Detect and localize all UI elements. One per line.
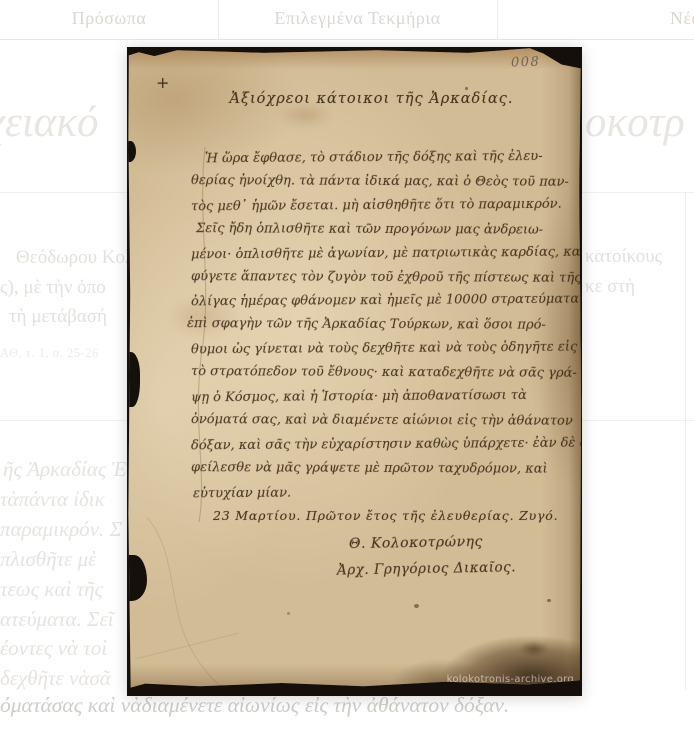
ink-speck xyxy=(465,87,468,90)
cross-mark: + xyxy=(156,73,169,92)
article-text-line: τὴ μετάβασή xyxy=(9,302,134,332)
handwritten-line: φύγετε ἅπαντες τὸν ζυγὸν τοῦ ἐχθροῦ τῆς … xyxy=(191,265,582,291)
signature-kolokotronis: Θ. Κολοκοτρώνης xyxy=(349,534,483,552)
handwritten-line: εὐτυχίαν μίαν. xyxy=(193,479,582,506)
ink-speck xyxy=(547,599,551,602)
top-navigation: ΠρόσωπαΕπιλεγμένα ΤεκμήριαΝέα xyxy=(0,0,694,40)
page-title-fragment-left: χειακό xyxy=(0,98,99,147)
page-title-fragment-right: οκοτρ xyxy=(585,98,685,147)
handwritten-line: θερίας ἠνοίχθη. τὰ πάντα ἰδικά μας, καὶ … xyxy=(191,169,582,195)
signature-grigorios-dikaios: Ἀρχ. Γρηγόριος Δικαῖος. xyxy=(337,559,516,578)
manuscript-paper: + 008 Ἀξιόχρεοι κάτοικοι τῆς Ἀρκαδίας. Ἡ… xyxy=(127,47,582,696)
nav-separator xyxy=(218,0,219,40)
handwritten-line: Σεῖς ἤδη ὁπλισθῆτε καὶ τῶν προγόνων μας … xyxy=(196,217,582,243)
ink-speck xyxy=(414,604,419,608)
article-text-line: Θεόδωρου Κολ xyxy=(16,243,134,273)
quote-text-line: ῆς Ἀρκαδίας Ἑ xyxy=(3,455,126,485)
quote-text-line: ατεύματα. Σεῖ xyxy=(0,605,126,635)
handwritten-line: μένοι· ὁπλισθῆτε μὲ ἀγωνίαν, μὲ πατριωτι… xyxy=(191,240,582,267)
quote-text-line: τεως καὶ τῆς xyxy=(0,575,126,605)
handwritten-line: φείλεσθε νὰ μᾶς γράψετε μὲ πρῶτον ταχυδρ… xyxy=(191,456,582,482)
article-text-line: κε στὴ xyxy=(585,272,662,302)
quote-text-line: τὰπάντα ἰδικ xyxy=(0,485,126,515)
ink-speck xyxy=(287,612,290,615)
nav-tab[interactable]: Νέα xyxy=(670,8,694,29)
manuscript-title: Ἀξιόχρεοι κάτοικοι τῆς Ἀρκαδίας. xyxy=(127,91,582,107)
scan-edge-ink-blob xyxy=(127,555,147,601)
quote-text-line: έοντες νὰ τοὶ xyxy=(0,634,126,664)
paper-stain xyxy=(519,641,549,657)
handwritten-line: ψῃ ὁ Κόσμος, καὶ ἡ Ἱστορία· μὴ ἀποθανατί… xyxy=(191,384,582,411)
handwritten-line: ὀλίγας ἡμέρας φθάνομεν καὶ ἡμεῖς μὲ 1000… xyxy=(191,288,582,315)
archive-watermark: kolokotronis-archive.org xyxy=(447,674,574,685)
manuscript-image-lightbox[interactable]: + 008 Ἀξιόχρεοι κάτοικοι τῆς Ἀρκαδίας. Ἡ… xyxy=(127,47,582,696)
webpage: ΠρόσωπαΕπιλεγμένα ΤεκμήριαΝέα χειακό οκο… xyxy=(0,0,694,729)
scan-edge-ink-blob xyxy=(127,352,140,407)
article-text-line: κατοίκους xyxy=(585,242,662,272)
manuscript-date-line: 23 Μαρτίου. Πρῶτον ἔτος τῆς ἐλευθερίας. … xyxy=(213,508,558,523)
source-citation: ΑΘ, τ. 1, σ. 25-26 xyxy=(0,346,99,361)
scan-edge-ink-blob xyxy=(127,141,136,162)
handwritten-line: ὀνόματά σας, καὶ νὰ διαμένετε αἰώνιοι εἰ… xyxy=(191,408,582,434)
nav-tab[interactable]: Πρόσωπα xyxy=(0,8,218,29)
nav-separator xyxy=(497,0,498,40)
article-paragraph-left: Θεόδωρου Κολς), μὲ τὴν ὁποτὴ μετάβασή xyxy=(0,243,134,332)
handwritten-line: δόξαν, καὶ σᾶς τὴν εὐχαρίστησιν καθὼς ὑπ… xyxy=(191,432,582,459)
quote-text-line: παραμικρόν. Σ xyxy=(0,515,126,545)
quote-text-line: πλισθῆτε μὲ xyxy=(0,545,126,575)
content-card-border xyxy=(685,192,686,690)
handwritten-line: τὸς μεθ᾽ ἡμῶν ἔσεται. μὴ αἰσθηθῆτε ὅτι τ… xyxy=(191,192,582,219)
nav-tab[interactable]: Επιλεγμένα Τεκμήρια xyxy=(218,8,497,29)
paper-stain xyxy=(427,685,517,696)
handwritten-line: θυμοι ὡς γίνεται νὰ τοὺς δεχθῆτε καὶ νὰ … xyxy=(191,336,582,363)
handwritten-line: Ἡ ὥρα ἔφθασε, τὸ στάδιον τῆς δόξης καὶ τ… xyxy=(205,145,582,172)
archive-number: 008 xyxy=(511,54,541,70)
handwritten-line: τὸ στρατόπεδον τοῦ ἔθνους· καὶ καταδεχθῆ… xyxy=(191,360,582,386)
transcription-quote-block: ῆς Ἀρκαδίας Ἑτὰπάντα ἰδικπαραμικρόν. Σπλ… xyxy=(0,455,126,694)
handwritten-line: ἐπὶ σφαγὴν τῶν τῆς Ἀρκαδίας Τούρκων, καὶ… xyxy=(187,312,582,338)
article-paragraph-right: κατοίκουςκε στὴ xyxy=(585,242,662,302)
quote-text-line: δεχθῆτε νὰσᾶ xyxy=(0,664,126,694)
quote-bottom-line: όματάσας καὶ νὰδιαμένετε αἰωνίως εἰς τὴν… xyxy=(0,693,509,718)
article-text-line: ς), μὲ τὴν ὁπο xyxy=(0,273,134,303)
manuscript-body: Ἡ ὥρα ἔφθασε, τὸ στάδιον τῆς δόξης καὶ τ… xyxy=(191,146,582,505)
